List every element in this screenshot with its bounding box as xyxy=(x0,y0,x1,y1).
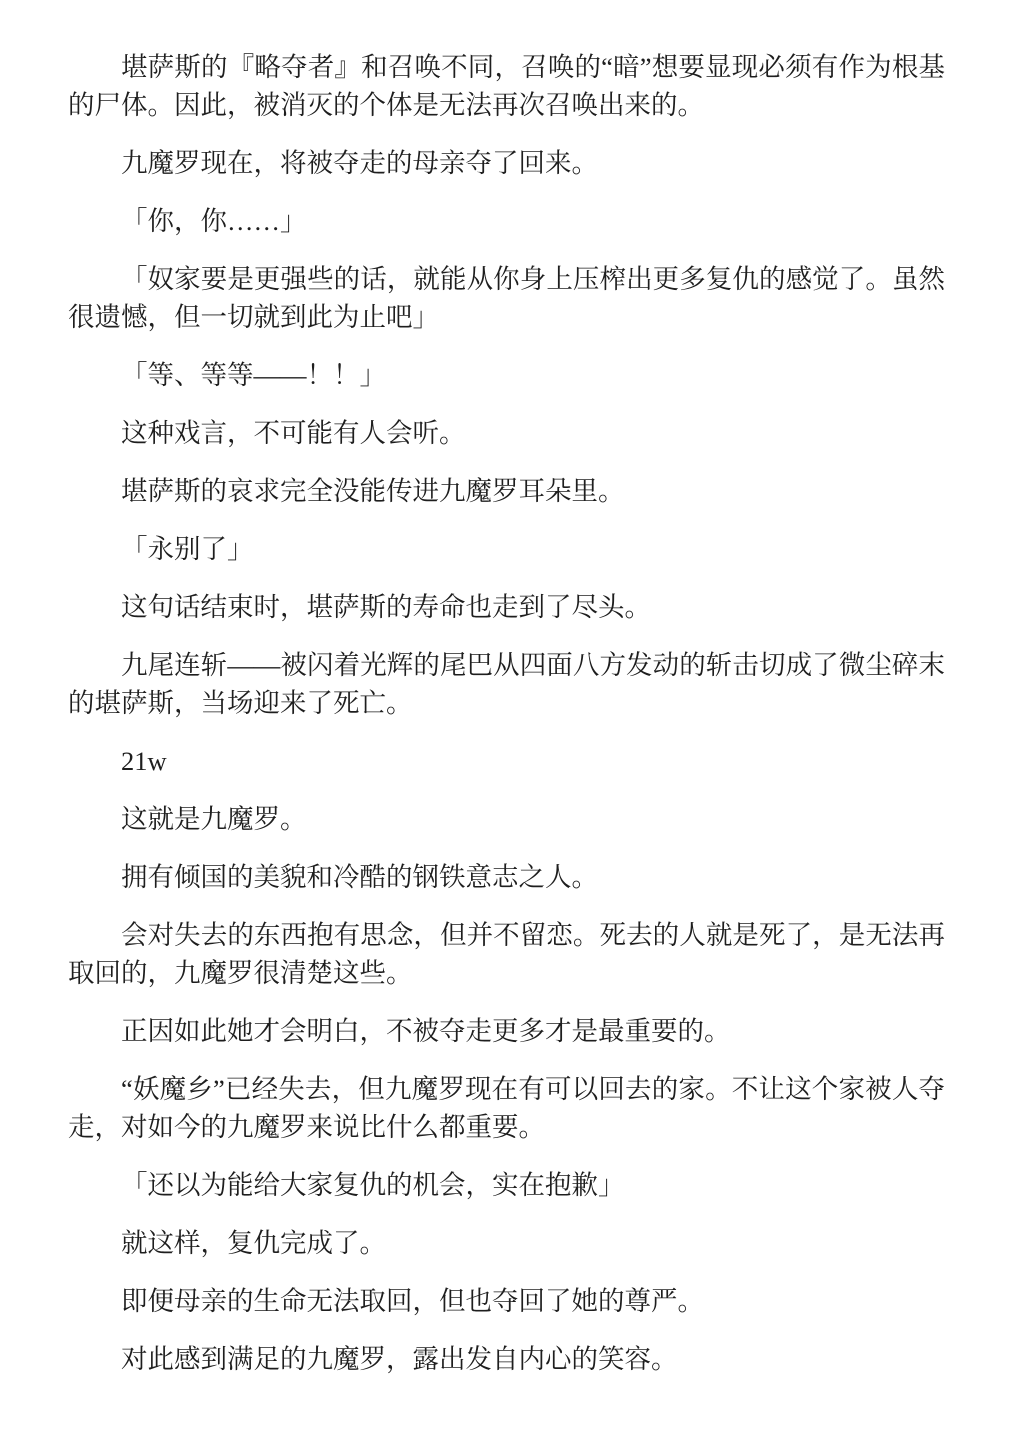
paragraph: 正因如此她才会明白，不被夺走更多才是最重要的。 xyxy=(68,1012,945,1050)
paragraph: 会对失去的东西抱有思念，但并不留恋。死去的人就是死了，是无法再取回的，九魔罗很清… xyxy=(68,916,945,992)
paragraph: 这句话结束时，堪萨斯的寿命也走到了尽头。 xyxy=(68,588,945,626)
paragraph-dialogue: 「奴家要是更强些的话，就能从你身上压榨出更多复仇的感觉了。虽然很遗憾，但一切就到… xyxy=(68,260,945,336)
paragraph: 这种戏言，不可能有人会听。 xyxy=(68,414,945,452)
paragraph-dialogue: 「还以为能给大家复仇的机会，实在抱歉」 xyxy=(68,1166,945,1204)
paragraph-dialogue: 「永别了」 xyxy=(68,530,945,568)
paragraph: 九尾连斩——被闪着光辉的尾巴从四面八方发动的斩击切成了微尘碎末的堪萨斯，当场迎来… xyxy=(68,646,945,722)
paragraph: “妖魔乡”已经失去，但九魔罗现在有可以回去的家。不让这个家被人夺走，对如今的九魔… xyxy=(68,1070,945,1146)
paragraph: 拥有倾国的美貌和冷酷的钢铁意志之人。 xyxy=(68,858,945,896)
paragraph: 即便母亲的生命无法取回，但也夺回了她的尊严。 xyxy=(68,1282,945,1320)
paragraph: 堪萨斯的『略夺者』和召唤不同，召唤的“暗”想要显现必须有作为根基的尸体。因此，被… xyxy=(68,48,945,124)
paragraph: 对此感到满足的九魔罗，露出发自内心的笑容。 xyxy=(68,1340,945,1378)
paragraph-dialogue: 「等、等等——！！」 xyxy=(68,356,945,394)
paragraph: 堪萨斯的哀求完全没能传进九魔罗耳朵里。 xyxy=(68,472,945,510)
paragraph: 这就是九魔罗。 xyxy=(68,800,945,838)
paragraph-dialogue: 「你，你……」 xyxy=(68,202,945,240)
paragraph: 就这样，复仇完成了。 xyxy=(68,1224,945,1262)
paragraph-marker: 21w xyxy=(68,742,945,780)
paragraph: 九魔罗现在，将被夺走的母亲夺了回来。 xyxy=(68,144,945,182)
document-page: 堪萨斯的『略夺者』和召唤不同，召唤的“暗”想要显现必须有作为根基的尸体。因此，被… xyxy=(0,0,1017,1437)
